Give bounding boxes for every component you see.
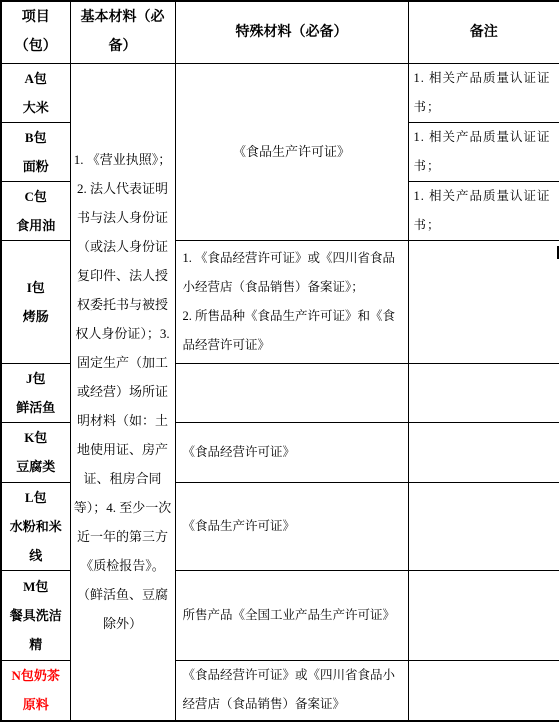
remark-i-cell xyxy=(408,240,559,363)
table-row-a: A包 大米 1. 《营业执照》；2. 法人代表证明书与法人身份证（或法人身份证复… xyxy=(1,63,559,122)
header-basic-materials: 基本材料（必 备） xyxy=(70,1,175,63)
remark-b-cell: 1. 相关产品质量认证证书； xyxy=(408,122,559,181)
special-materials-m-cell: 所售产品《全国工业产品生产许可证》 xyxy=(175,570,408,660)
package-a-label: A包 大米 xyxy=(1,63,70,122)
package-c-label: C包 食用油 xyxy=(1,181,70,240)
special-materials-abc-cell: 《食品生产许可证》 xyxy=(175,63,408,240)
package-j-label: J包 鲜活鱼 xyxy=(1,363,70,422)
header-remarks: 备注 xyxy=(408,1,559,63)
special-materials-n-cell: 《食品经营许可证》或《四川省食品小经营店（食品销售）备案证》 xyxy=(175,660,408,721)
header-row: 项目 （包） 基本材料（必 备） 特殊材料（必备） 备注 xyxy=(1,1,559,63)
remark-j-cell xyxy=(408,363,559,422)
package-n-label: N包奶茶 原料 xyxy=(1,660,70,721)
basic-materials-cell: 1. 《营业执照》；2. 法人代表证明书与法人身份证（或法人身份证复印件、法人授… xyxy=(70,63,175,721)
package-b-label: B包 面粉 xyxy=(1,122,70,181)
header-special-materials: 特殊材料（必备） xyxy=(175,1,408,63)
remark-c-cell: 1. 相关产品质量认证证书； xyxy=(408,181,559,240)
special-materials-k-cell: 《食品经营许可证》 xyxy=(175,422,408,482)
procurement-requirements-table: 项目 （包） 基本材料（必 备） 特殊材料（必备） 备注 A包 大米 1. 《营… xyxy=(0,0,559,722)
remark-k-cell xyxy=(408,422,559,482)
remark-m-cell xyxy=(408,570,559,660)
special-materials-i-cell: 1. 《食品经营许可证》或《四川省食品小经营店（食品销售）备案证》； 2. 所售… xyxy=(175,240,408,363)
header-project-package: 项目 （包） xyxy=(1,1,70,63)
special-materials-l-cell: 《食品生产许可证》 xyxy=(175,482,408,570)
package-i-label: I包 烤肠 xyxy=(1,240,70,363)
special-materials-j-cell xyxy=(175,363,408,422)
remark-a-cell: 1. 相关产品质量认证证书； xyxy=(408,63,559,122)
package-k-label: K包 豆腐类 xyxy=(1,422,70,482)
remark-n-cell xyxy=(408,660,559,721)
package-m-label: M包 餐具洗洁 精 xyxy=(1,570,70,660)
remark-l-cell xyxy=(408,482,559,570)
package-l-label: L包 水粉和米 线 xyxy=(1,482,70,570)
